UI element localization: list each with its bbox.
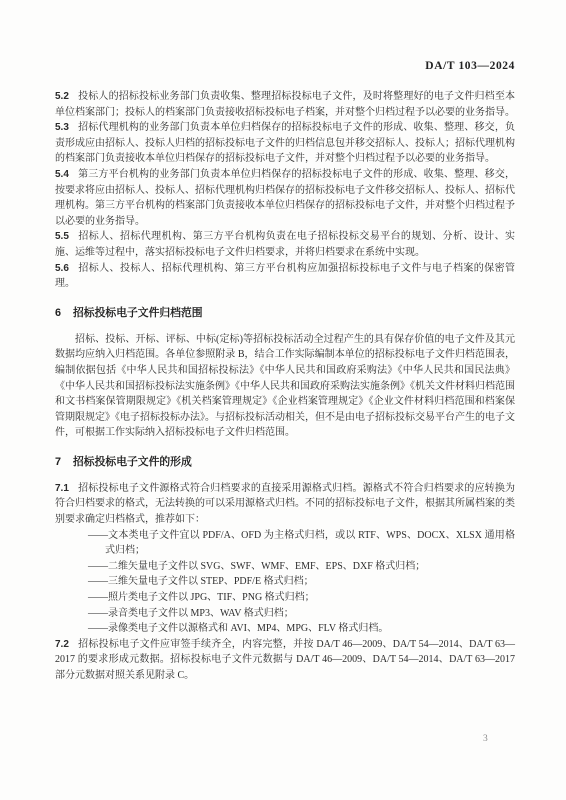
format-list-item-3d-vector: ——三维矢量电子文件以 STEP、PDF/E 格式归档；	[88, 574, 515, 590]
standard-code-header: DA/T 103—2024	[55, 60, 515, 72]
format-list-item-video: ——录像类电子文件以源格式和 AVI、MP4、MPG、FLV 格式归档。	[88, 621, 515, 637]
clause-7-1: 7.1招标投标电子文件源格式符合归档要求的直接采用源格式归档。源格式不符合归档要…	[55, 481, 515, 528]
page-number: 3	[483, 734, 488, 744]
clause-number: 5.3	[55, 122, 69, 133]
clause-text: 招标投标电子文件源格式符合归档要求的直接采用源格式归档。源格式不符合归档要求的应…	[55, 483, 515, 525]
clause-number: 5.6	[55, 263, 69, 274]
clause-5-6: 5.6招标人、投标人、招标代理机构、第三方平台机构应加强招标投标电子文件与电子档…	[55, 261, 515, 292]
section-number: 6	[55, 307, 61, 319]
clause-text: 招标投标电子文件应审签手续齐全，内容完整，并按 DA/T 46—2009、DA/…	[55, 639, 515, 681]
clause-7-2: 7.2招标投标电子文件应审签手续齐全，内容完整，并按 DA/T 46—2009、…	[55, 637, 515, 684]
clause-5-4: 5.4第三方平台机构的业务部门负责本单位归档保存的招标投标电子文件的形成、收集、…	[55, 167, 515, 229]
format-list-item-audio: ——录音类电子文件以 MP3、WAV 格式归档；	[88, 606, 515, 622]
clause-number: 7.1	[55, 483, 69, 494]
clause-text: 第三方平台机构的业务部门负责本单位归档保存的招标投标电子文件的形成、收集、整理、…	[55, 169, 515, 227]
format-list-item-photo: ——照片类电子文件以 JPG、TIF、PNG 格式归档；	[88, 590, 515, 606]
clause-5-3: 5.3招标代理机构的业务部门负责本单位归档保存的招标投标电子文件的形成、收集、整…	[55, 120, 515, 167]
clause-text: 招标人、投标人、招标代理机构、第三方平台机构应加强招标投标电子文件与电子档案的保…	[55, 263, 515, 290]
clause-5-5: 5.5招标人、招标代理机构、第三方平台机构负责在电子招标投标交易平台的规划、分析…	[55, 229, 515, 260]
clause-number: 5.5	[55, 231, 69, 242]
section-title: 招标投标电子文件归档范围	[73, 307, 203, 319]
section-7-heading: 7招标投标电子文件的形成	[55, 455, 515, 469]
clause-number: 5.4	[55, 169, 69, 180]
format-list-item-text: ——文本类电子文件宜以 PDF/A、OFD 为主格式归档，或以 RTF、WPS、…	[88, 528, 515, 559]
section-6-heading: 6招标投标电子文件归档范围	[55, 306, 515, 320]
clause-number: 7.2	[55, 639, 69, 650]
clause-text: 投标人的招标投标业务部门负责收集、整理招标投标电子文件，及时将整理好的电子文件归…	[55, 91, 515, 118]
section-number: 7	[55, 456, 61, 468]
clause-text: 招标代理机构的业务部门负责本单位归档保存的招标投标电子文件的形成、收集、整理、移…	[55, 122, 515, 164]
section-title: 招标投标电子文件的形成	[73, 456, 192, 468]
section-6-paragraph: 招标、投标、开标、评标、中标(定标)等招标投标活动全过程产生的具有保存价值的电子…	[55, 332, 515, 441]
clause-5-2: 5.2投标人的招标投标业务部门负责收集、整理招标投标电子文件，及时将整理好的电子…	[55, 89, 515, 120]
clause-text: 招标人、招标代理机构、第三方平台机构负责在电子招标投标交易平台的规划、分析、设计…	[55, 231, 515, 258]
format-list-item-2d-vector: ——二维矢量电子文件以 SVG、SWF、WMF、EMF、EPS、DXF 格式归档…	[88, 559, 515, 575]
clause-number: 5.2	[55, 91, 69, 102]
document-page: DA/T 103—2024 5.2投标人的招标投标业务部门负责收集、整理招标投标…	[0, 0, 566, 800]
